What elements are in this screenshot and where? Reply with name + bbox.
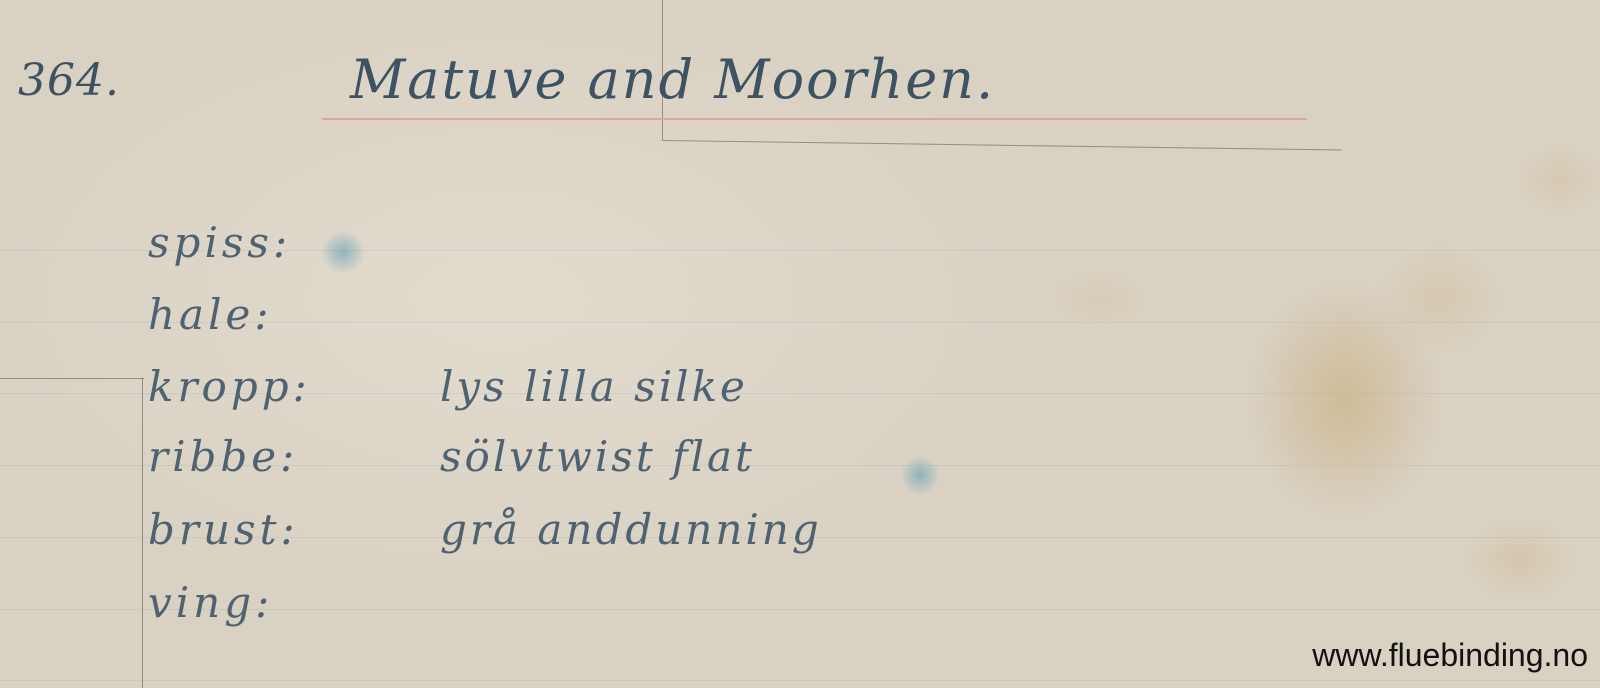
notebook-page: 364. Matuve and Moorhen. spiss: hale: kr… bbox=[0, 0, 1600, 688]
value-kropp: lys lilla silke bbox=[440, 362, 748, 411]
label-ribbe: ribbe: bbox=[148, 432, 298, 481]
ink-blot bbox=[318, 232, 368, 272]
paper-edge bbox=[142, 378, 143, 688]
value-ribbe: sölvtwist flat bbox=[440, 432, 755, 481]
entry-number: 364. bbox=[18, 55, 120, 106]
paper-edge bbox=[662, 140, 1342, 150]
ink-blot bbox=[900, 455, 940, 495]
entry-title: Matuve and Moorhen. bbox=[350, 48, 995, 111]
label-kropp: kropp: bbox=[148, 362, 311, 411]
label-ving: ving: bbox=[148, 578, 273, 627]
ruled-line bbox=[0, 680, 1600, 681]
label-spiss: spiss: bbox=[148, 218, 291, 267]
paper-edge bbox=[0, 378, 144, 379]
watermark: www.fluebinding.no bbox=[1312, 637, 1588, 674]
label-hale: hale: bbox=[148, 290, 273, 339]
label-brust: brust: bbox=[148, 505, 299, 554]
title-underline bbox=[322, 118, 1307, 120]
value-brust: grå anddunning bbox=[440, 505, 822, 554]
